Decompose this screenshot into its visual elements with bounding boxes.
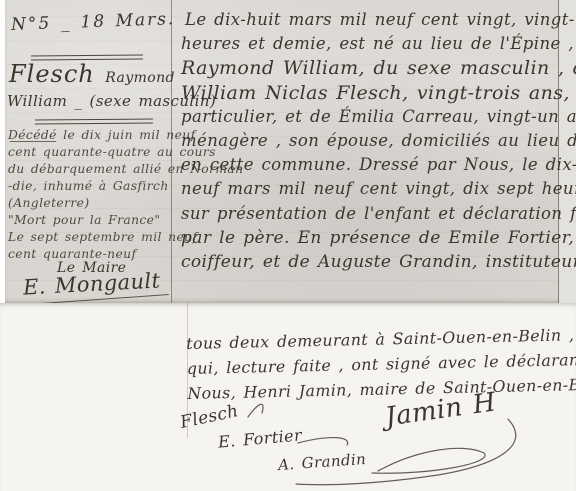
act-line: William Niclas Flesch, vingt-trois ans, …: [177, 81, 569, 105]
death-note-line: Le sept septembre mil neuf: [8, 229, 178, 246]
scan-fragment-top: N°5 _ 18 Mars. Flesch Raymond William _ …: [5, 0, 576, 304]
registry-scan-page: N°5 _ 18 Mars. Flesch Raymond William _ …: [0, 0, 576, 491]
divider-double-line-bottom: [35, 118, 153, 124]
act-line: particulier, et de Émilia Carreau, vingt…: [177, 105, 569, 129]
act-line: Le dix-huit mars mil neuf cent vingt, vi…: [177, 8, 569, 32]
act-line: neuf mars mil neuf cent vingt, dix sept …: [177, 177, 569, 201]
act-line: sur présentation de l'enfant et déclarat…: [177, 202, 569, 226]
underline-decede: [10, 141, 56, 142]
death-note-line: (Angleterre): [8, 195, 178, 212]
death-note-line: -die, inhumé à Gasfirch: [8, 178, 178, 195]
registree-name: Flesch Raymond: [9, 60, 175, 88]
birth-act-text: Le dix-huit mars mil neuf cent vingt, vi…: [177, 8, 569, 274]
act-line: par le père. En présence de Emile Fortie…: [177, 226, 569, 250]
act-line: ménagère , son épouse, domiciliés au lie…: [177, 129, 569, 153]
registree-surname: Flesch: [9, 60, 95, 88]
registree-firstname: Raymond: [105, 70, 175, 86]
act-line: en cette commune. Dressé par Nous, le di…: [177, 153, 569, 177]
death-note-line: du débarquement allié en Norman: [8, 161, 178, 178]
scan-fragment-bottom: tous deux demeurant à Saint-Ouen-en-Beli…: [0, 303, 576, 491]
death-note-line: "Mort pour la France": [8, 212, 178, 229]
act-number: N°5 _ 18 Mars.: [11, 9, 176, 35]
signature-fortier: E. Fortier: [217, 425, 302, 451]
death-margin-note: Décédé le dix juin mil neuf cent quarant…: [8, 127, 178, 263]
signature-mongault: E. Mongault: [22, 268, 160, 299]
act-line: coiffeur, et de Auguste Grandin, institu…: [177, 250, 569, 274]
death-note-line: cent quarante-quatre au cours: [8, 144, 178, 161]
signature-grandin: A. Grandin: [277, 450, 366, 474]
act-continuation-text: tous deux demeurant à Saint-Ouen-en-Beli…: [186, 322, 576, 406]
act-line: Raymond William, du sexe masculin , de: [177, 56, 569, 80]
act-line: heures et demie, est né au lieu de l'Épi…: [177, 32, 569, 56]
